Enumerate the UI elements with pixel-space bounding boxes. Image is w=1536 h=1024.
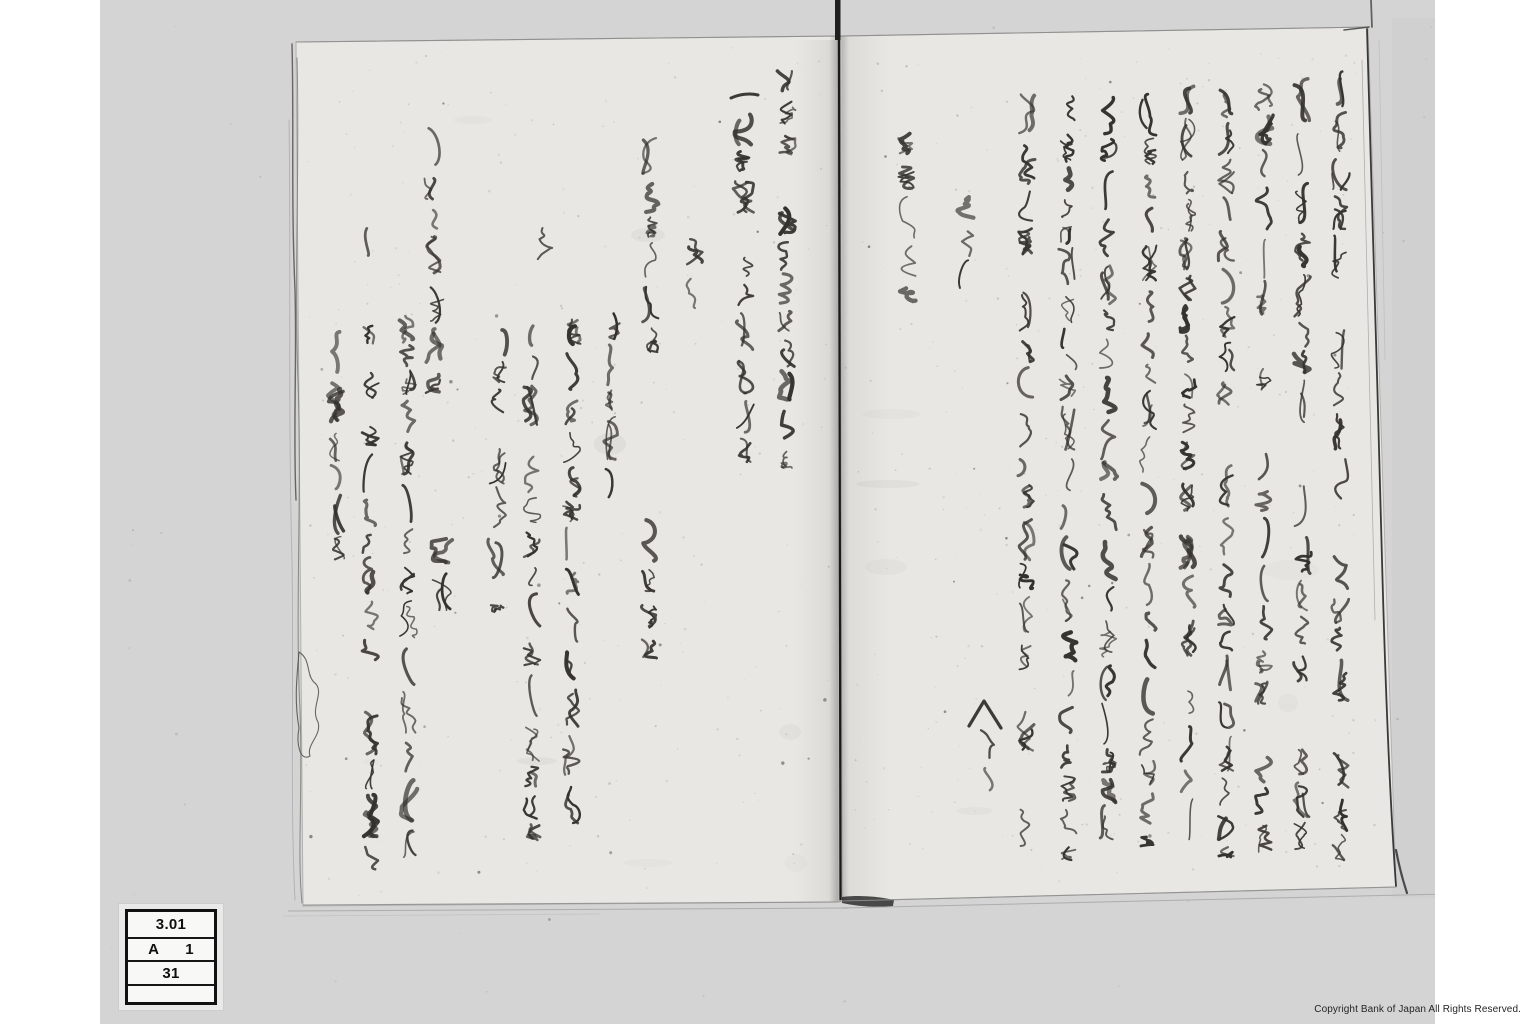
binding-thread-icon [835,0,841,40]
reference-row-1: 3.01 [128,912,214,939]
reference-row-2: A 1 [128,939,214,962]
reference-item-number: 31 [162,965,179,982]
binding-gutter [829,0,849,902]
reference-row-3: 31 [128,962,214,986]
archive-reference-label: 3.01 A 1 31 [118,903,224,1011]
manuscript-right-page [840,27,1396,901]
left-white-margin [0,0,100,1024]
reference-code: 3.01 [156,916,186,933]
reference-row-4 [128,986,214,1002]
reference-label-box: 3.01 A 1 31 [125,909,217,1005]
reference-series-number: 1 [185,941,194,958]
scan-viewer: 3.01 A 1 31 Copyright Bank of Japan All … [0,0,1536,1024]
manuscript-scan [0,0,1536,1024]
copyright-notice: Copyright Bank of Japan All Rights Reser… [1314,1004,1521,1015]
right-white-margin [1435,0,1536,1024]
reference-series-letter: A [148,941,159,958]
